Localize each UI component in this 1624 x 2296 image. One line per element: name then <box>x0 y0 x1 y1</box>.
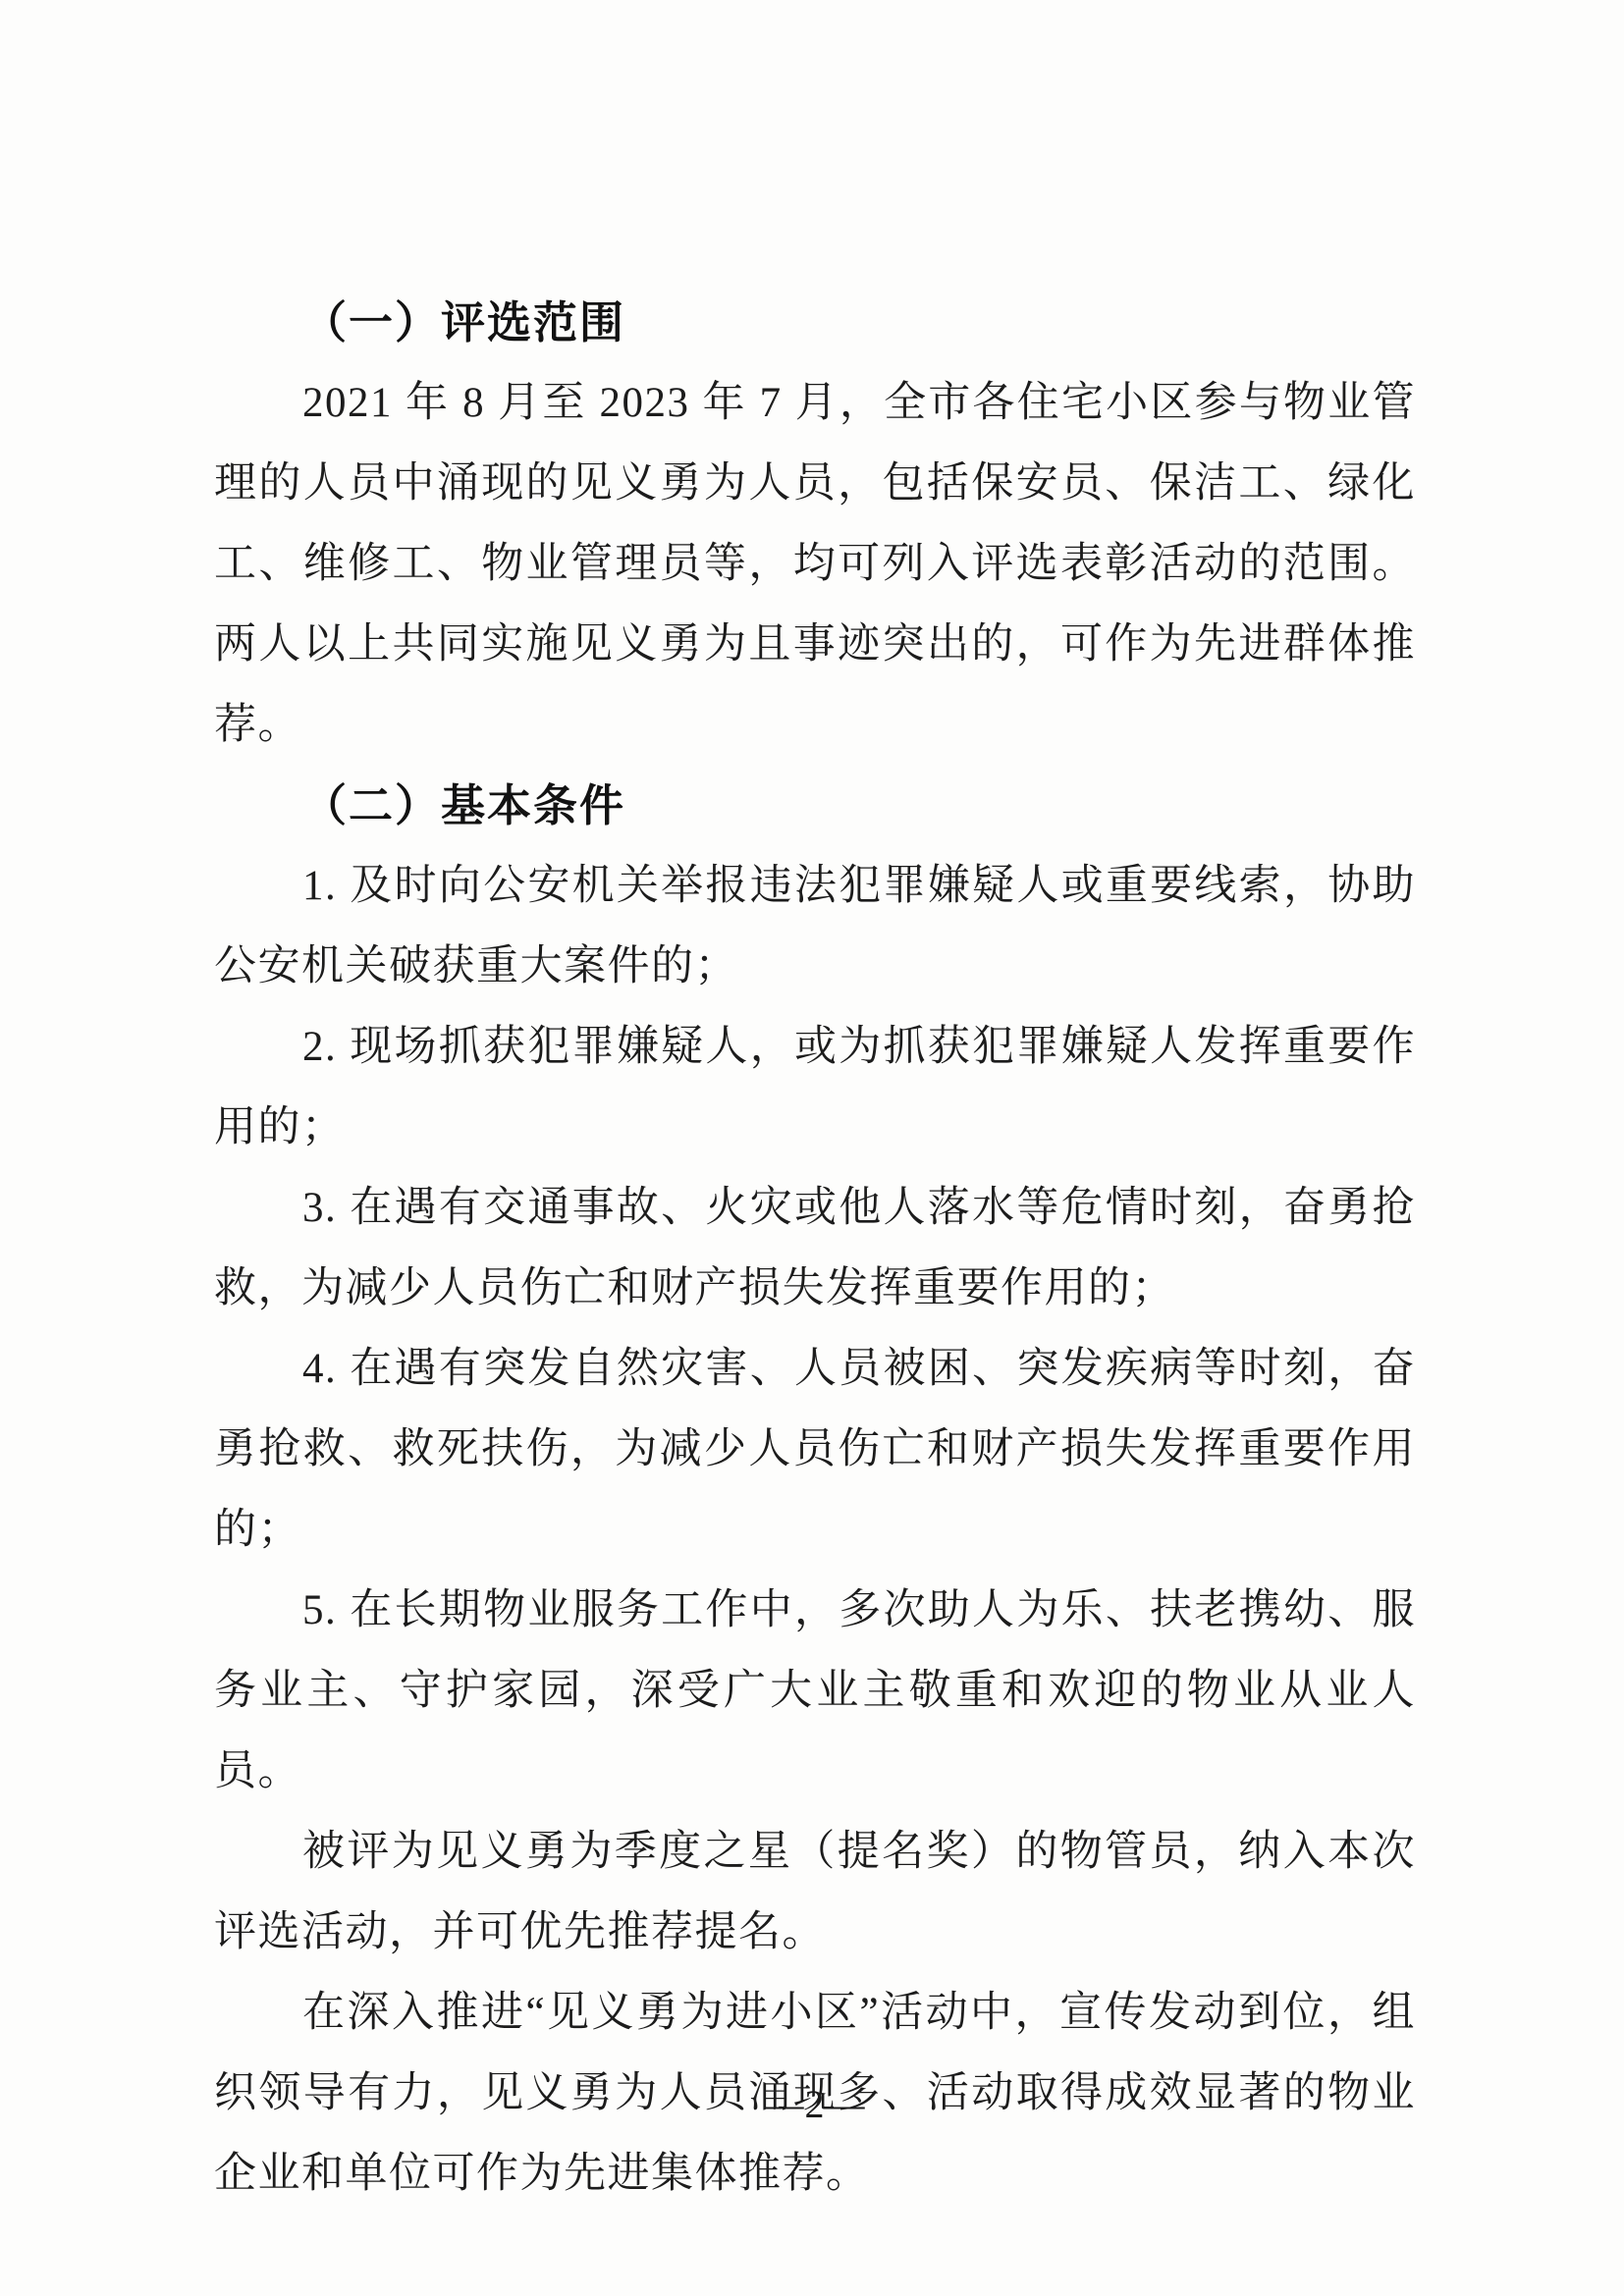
document-content: （一）评选范围 2021 年 8 月至 2023 年 7 月，全市各住宅小区参与… <box>214 283 1416 2215</box>
paragraph-condition-4: 4. 在遇有突发自然灾害、人员被困、突发疾病等时刻，奋勇抢救、救死扶伤，为减少人… <box>214 1329 1416 1571</box>
paragraph-condition-2: 2. 现场抓获犯罪嫌疑人，或为抓获犯罪嫌疑人发挥重要作用的； <box>214 1007 1416 1168</box>
paragraph-condition-3: 3. 在遇有交通事故、火灾或他人落水等危情时刻，奋勇抢救，为减少人员伤亡和财产损… <box>214 1168 1416 1329</box>
document-page: （一）评选范围 2021 年 8 月至 2023 年 7 月，全市各住宅小区参与… <box>0 0 1624 2296</box>
paragraph-quarter-star-nomination: 被评为见义勇为季度之星（提名奖）的物管员，纳入本次评选活动，并可优先推荐提名。 <box>214 1812 1416 1973</box>
section-heading-selection-scope: （一）评选范围 <box>214 283 1416 363</box>
section-heading-basic-conditions: （二）基本条件 <box>214 766 1416 846</box>
paragraph-selection-scope: 2021 年 8 月至 2023 年 7 月，全市各住宅小区参与物业管理的人员中… <box>214 363 1416 766</box>
paragraph-condition-5: 5. 在长期物业服务工作中，多次助人为乐、扶老携幼、服务业主、守护家园，深受广大… <box>214 1571 1416 1812</box>
page-number: —2— <box>214 2073 1416 2136</box>
paragraph-condition-1: 1. 及时向公安机关举报违法犯罪嫌疑人或重要线索，协助公安机关破获重大案件的； <box>214 846 1416 1007</box>
